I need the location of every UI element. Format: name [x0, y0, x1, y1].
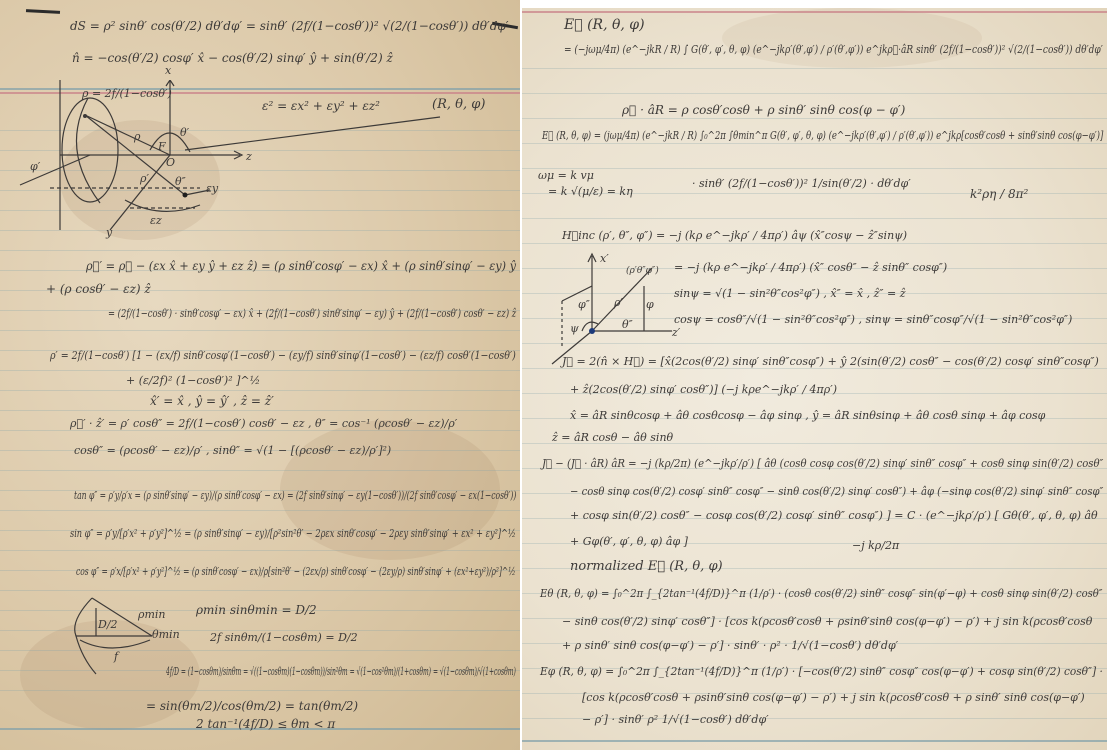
equation-surface-current-cont: + ẑ(2cos(θ′/2) sinφ′ cosθ″)] (−j kρe^−jk… — [570, 384, 837, 395]
equation-rho-prime-magnitude-cont: + (ε/2f)² (1−cosθ′)² ]^½ — [126, 375, 260, 386]
equation-C-constant: −j kρ/2π — [852, 540, 899, 551]
equation-E-double-integral: E⃗ (R, θ, φ) = (jωμ/4π) (e^−jkR / R) ∫₀^… — [542, 130, 1103, 141]
equation-cos-theta-double: ρ⃗′ · ẑ′ = ρ′ cosθ″ = 2f/(1−cosθ′) cosθ′… — [70, 418, 457, 429]
paper-stain — [722, 8, 982, 68]
rho-prime-label: ρ′ — [614, 296, 623, 309]
origin-label: O — [166, 156, 175, 169]
top-margin-line-red — [522, 11, 1107, 13]
equation-z-unit-vector: ẑ = âR cosθ − âθ sinθ — [552, 432, 673, 443]
dish-half-diameter-label: D/2 — [98, 618, 118, 631]
equation-E-phi-cont1: [cos k(ρcosθ′cosθ + ρsinθ′sinθ cos(φ−φ′)… — [582, 692, 1085, 703]
equation-sin-theta-double: cosθ″ = (ρcosθ′ − εz)/ρ′ , sinθ″ = √(1 −… — [74, 445, 391, 456]
equation-rho-prime-expanded: = (2f/(1−cosθ′) · sinθ′cosφ′ − εx) x̂ + … — [108, 308, 516, 319]
equation-constant: k²ρη / 8π² — [970, 188, 1028, 200]
equation-surface-current: J⃗ = 2(n̂ × H⃗) = [x̂(2cos(θ′/2) sinφ′ s… — [562, 356, 1099, 367]
equation-E-theta: Eθ (R, θ, φ) = ∫₀^2π ∫_{2tan⁻¹(4f/D)}^π … — [540, 588, 1103, 599]
eps-z-label: εz — [150, 214, 162, 227]
dish-focal-label: f — [114, 650, 118, 663]
equation-E-phi-cont2: − ρ′] · sinθ′ ρ² 1/√(1−cosθ′) dθ′dφ′ — [582, 714, 769, 725]
equation-tan-half-theta: = sin(θm/2)/cos(θm/2) = tan(θm/2) — [146, 700, 358, 712]
equation-normal-vector: n̂ = −cos(θ′/2) cosφ′ x̂ − cos(θ′/2) sin… — [72, 52, 393, 64]
equation-k-eta: = k √(μ/ε) = kη — [548, 186, 633, 197]
rho-min-label: ρmin — [138, 608, 166, 621]
equation-sin-psi: sinψ = √(1 − sin²θ″cos²φ″) , x̂″ = x̂ , … — [674, 288, 906, 299]
equation-J-transverse: J⃗ − (J⃗ · âR) âR = −j (kρ/2π) (e^−jkρ′/… — [542, 458, 1103, 469]
equation-H-incident-cont: = −j (kρ e^−jkρ′ / 4πρ′) (x̂″ cosθ″ − ẑ … — [674, 262, 947, 273]
phi-label: φ — [646, 298, 654, 311]
equation-E-theta-cont1: − sinθ cos(θ′/2) sinφ′ cosθ″] · [cos k(ρ… — [562, 616, 1092, 627]
equation-rho-dot-aR: ρ⃗ · âR = ρ cosθ′cosθ + ρ sinθ′ sinθ cos… — [622, 104, 905, 116]
equation-x-y-unit-vectors: x̂ = âR sinθcosφ + âθ cosθcosφ − âφ sinφ… — [570, 410, 1045, 421]
equation-rho-prime-magnitude: ρ′ = 2f/(1−cosθ′) [1 − (εx/f) sinθ′cosφ′… — [50, 350, 516, 361]
equation-E-phi: Eφ (R, θ, φ) = ∫₀^2π ∫_{2tan⁻¹(4f/D)}^π … — [540, 666, 1103, 677]
equation-rho-prime-vector: ρ⃗′ = ρ⃗ − (εx x̂ + εy ŷ + εz ẑ) = (ρ si… — [86, 260, 516, 272]
equation-tan-phi-double: tan φ″ = ρ′y/ρ′x = (ρ sinθ′sinφ′ − εy)/(… — [74, 490, 516, 501]
dish-geometry-sketch — [70, 596, 200, 676]
theta-double-prime-label: θ″ — [622, 318, 633, 331]
z-axis-label: z — [246, 150, 252, 163]
psi-label: ψ — [570, 322, 579, 335]
equation-H-incident: H⃗inc (ρ′, θ″, φ″) = −j (kρ e^−jkρ′ / 4π… — [562, 230, 907, 241]
point-label: (ρ′θ″φ″) — [626, 266, 659, 276]
equation-omega-mu: ωμ = k vμ — [538, 170, 594, 181]
equation-unit-vectors: x̂′ = x̂ , ŷ = ŷ′ , ẑ = ẑ′ — [150, 395, 274, 407]
equation-cos-phi-double: cos φ″ = ρ′x/[ρ′x² + ρ′y²]^½ = (ρ sinθ′c… — [76, 566, 516, 577]
normalized-E-heading: normalized E⃗ (R, θ, φ) — [570, 560, 723, 573]
equation-integrand-factor: · sinθ′ (2f/(1−cosθ′))² 1/sin(θ′/2) · dθ… — [692, 178, 911, 189]
right-notebook-page: E⃗ (R, θ, φ) = (−jωμ/4π) (e^−jkR / R) ∫ … — [522, 8, 1107, 750]
equation-J-transverse-cont1: − cosθ sinφ cos(θ′/2) cosφ′ sinθ″ cosφ″ … — [570, 486, 1103, 497]
equation-sin-phi-double: sin φ″ = ρ′y/[ρ′x² + ρ′y²]^½ = (ρ sinθ′s… — [70, 528, 516, 539]
equation-4f-over-D: 4f/D = (1−cosθm)/sinθm = √((1−cosθm)(1−c… — [166, 666, 516, 677]
x-axis-label: x — [165, 64, 171, 77]
equation-dS: dS = ρ² sinθ′ cos(θ′/2) dθ′dφ′ = sinθ′ (… — [70, 20, 509, 32]
paper-tear-mark — [26, 9, 60, 14]
equation-cos-psi: cosψ = cosθ″/√(1 − sin²θ″cos²φ″) , sinψ … — [674, 314, 1072, 325]
eps-y-label: εy — [206, 182, 218, 195]
equation-E-integral: = (−jωμ/4π) (e^−jkR / R) ∫ G(θ′, φ′, θ, … — [564, 44, 1103, 55]
theta-double-prime-label: θ″ — [175, 175, 186, 188]
equation-theta-m: 2f sinθm/(1−cosθm) = D/2 — [210, 632, 358, 643]
bottom-margin-line — [522, 740, 1107, 742]
equation-E-theta-cont2: + ρ sinθ′ sinθ cos(φ−φ′) − ρ′] · sinθ′ ·… — [562, 640, 898, 651]
equation-J-transverse-cont3: + Gφ(θ′, φ′, θ, φ) âφ ] — [570, 536, 688, 547]
equation-theta-range: 2 tan⁻¹(4f/D) ≤ θm < π — [196, 718, 335, 730]
theta-min-label: θmin — [152, 628, 180, 641]
equation-rho-prime-vector-cont: + (ρ cosθ′ − εz) ẑ — [46, 283, 151, 295]
theta-prime-label: θ′ — [180, 126, 189, 139]
focus-label: F — [158, 140, 166, 153]
rho-label: ρ — [134, 130, 140, 143]
x-prime-label: x′ — [600, 252, 609, 265]
equation-rho-min: ρmin sinθmin = D/2 — [196, 604, 317, 616]
left-notebook-page: dS = ρ² sinθ′ cos(θ′/2) dθ′dφ′ = sinθ′ (… — [0, 0, 520, 750]
paraboloid-reflector-diagram — [0, 80, 520, 250]
z-prime-label: z′ — [672, 326, 680, 339]
equation-E-title: E⃗ (R, θ, φ) — [564, 18, 645, 32]
rho-prime-label: ρ′ — [140, 172, 149, 185]
y-axis-label: y — [106, 226, 112, 239]
phi-prime-label: φ′ — [30, 160, 40, 173]
equation-J-transverse-cont2: + cosφ sin(θ′/2) cosθ″ − cosφ cos(θ′/2) … — [570, 510, 1098, 521]
phi-double-prime-label: φ″ — [578, 298, 590, 311]
